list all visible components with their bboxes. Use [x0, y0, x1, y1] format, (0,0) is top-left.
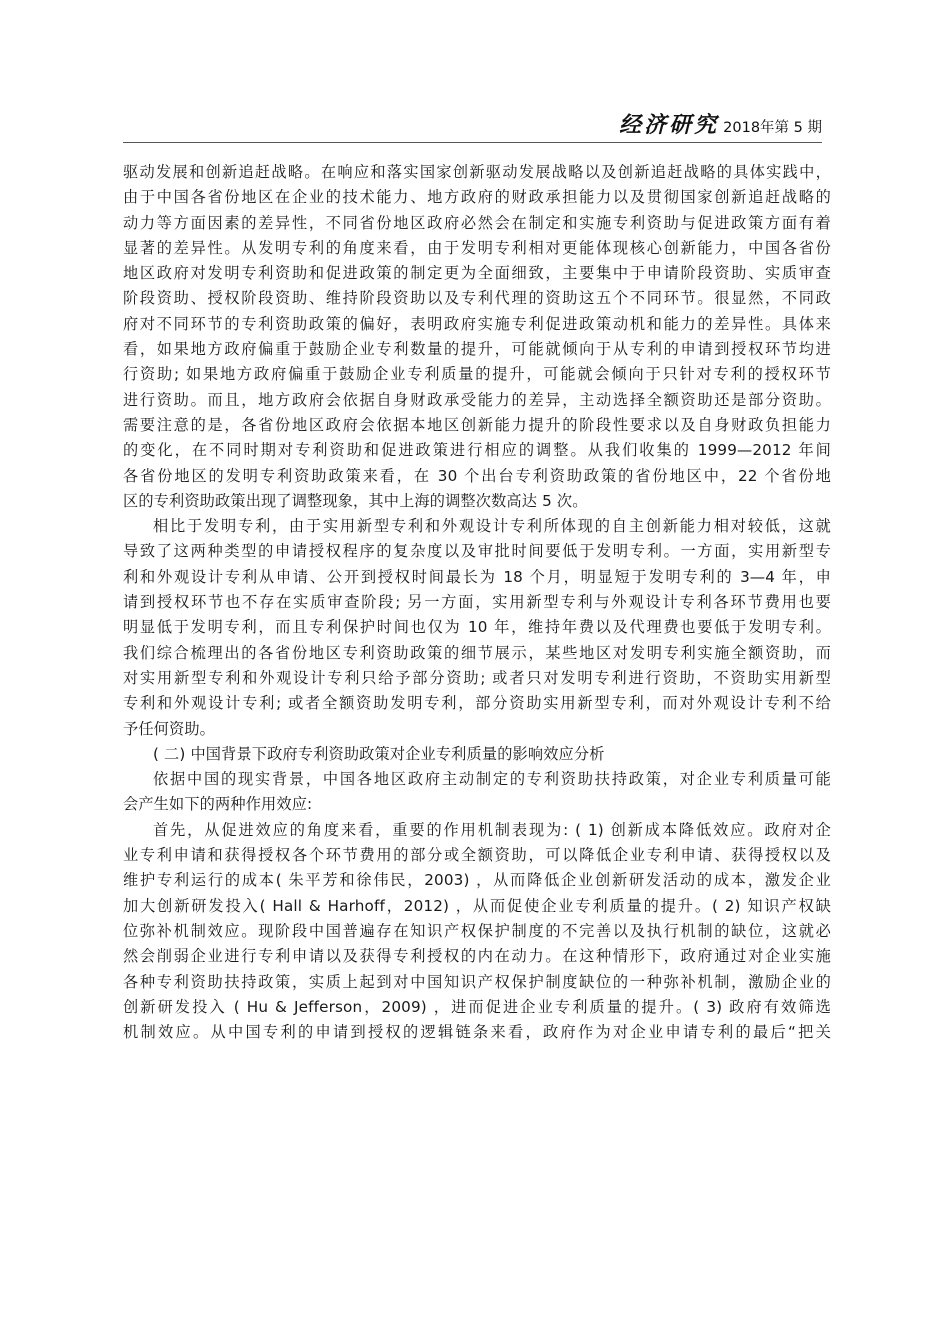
- text-line: 各省份地区的发明专利资助政策来看，在 30 个出台专利资助政策的省份地区中，22…: [123, 464, 831, 489]
- text-line: 会产生如下的两种作用效应:: [123, 792, 831, 817]
- article-body: 驱动发展和创新追赶战略。在响应和落实国家创新驱动发展战略以及创新追赶战略的具体实…: [123, 160, 831, 1045]
- text-line: 显著的差异性。从发明专利的角度来看，由于发明专利相对更能体现核心创新能力，中国各…: [123, 236, 831, 261]
- text-line: 各种专利资助扶持政策，实质上起到对中国知识产权保护制度缺位的一种弥补机制，激励企…: [123, 970, 831, 995]
- text-line: 阶段资助、授权阶段资助、维持阶段资助以及专利代理的资助这五个不同环节。很显然，不…: [123, 286, 831, 311]
- header-content: 经济研究2018年第 5 期: [619, 108, 822, 139]
- text-line: 业专利申请和获得授权各个环节费用的部分或全额资助，可以降低企业专利申请、获得授权…: [123, 843, 831, 868]
- text-line: 我们综合梳理出的各省份地区专利资助政策的细节展示，某些地区对发明专利实施全额资助…: [123, 641, 831, 666]
- text-line: 对实用新型专利和外观设计专利只给予部分资助; 或者只对发明专利进行资助，不资助实…: [123, 666, 831, 691]
- text-line: 予任何资助。: [123, 717, 831, 742]
- text-line: 进行资助。而且，地方政府会依据自身财政承受能力的差异，主动选择全额资助还是部分资…: [123, 388, 831, 413]
- text-line: 相比于发明专利，由于实用新型专利和外观设计专利所体现的自主创新能力相对较低，这就: [123, 514, 831, 539]
- text-line: 府对不同环节的专利资助政策的偏好，表明政府实施专利促进政策动机和能力的差异性。具…: [123, 312, 831, 337]
- text-line: 机制效应。从中国专利的申请到授权的逻辑链条来看，政府作为对企业申请专利的最后“把…: [123, 1020, 831, 1045]
- text-line: 明显低于发明专利，而且专利保护时间也仅为 10 年，维持年费以及代理费也要低于发…: [123, 615, 831, 640]
- text-line: 的变化，在不同时期对专利资助和促进政策进行相应的调整。从我们收集的 1999—2…: [123, 438, 831, 463]
- text-line: 首先，从促进效应的角度来看，重要的作用机制表现为: ( 1) 创新成本降低效应。…: [123, 818, 831, 843]
- text-line: 位弥补机制效应。现阶段中国普遍存在知识产权保护制度的不完善以及执行机制的缺位，这…: [123, 919, 831, 944]
- text-line: 依据中国的现实背景，中国各地区政府主动制定的专利资助扶持政策，对企业专利质量可能: [123, 767, 831, 792]
- text-line: 导致了这两种类型的申请授权程序的复杂度以及审批时间要低于发明专利。一方面，实用新…: [123, 539, 831, 564]
- text-line: 创新研发投入 ( Hu & Jefferson，2009) ，进而促进企业专利质…: [123, 995, 831, 1020]
- issue-number: 2018年第 5 期: [723, 120, 822, 136]
- running-header: 经济研究2018年第 5 期: [123, 110, 822, 143]
- text-line: 专利和外观设计专利; 或者全额资助发明专利，部分资助实用新型专利，而对外观设计专…: [123, 691, 831, 716]
- journal-logo: 经济研究: [619, 112, 719, 138]
- text-line: 驱动发展和创新追赶战略。在响应和落实国家创新驱动发展战略以及创新追赶战略的具体实…: [123, 160, 831, 185]
- text-line: 看，如果地方政府偏重于鼓励企业专利数量的提升，可能就倾向于从专利的申请到授权环节…: [123, 337, 831, 362]
- text-line: 利和外观设计专利从申请、公开到授权时间最长为 18 个月，明显短于发明专利的 3…: [123, 565, 831, 590]
- text-line: 然会削弱企业进行专利申请以及获得专利授权的内在动力。在这种情形下，政府通过对企业…: [123, 944, 831, 969]
- text-line: 行资助; 如果地方政府偏重于鼓励企业专利质量的提升，可能就会倾向于只针对专利的授…: [123, 362, 831, 387]
- text-line: 由于中国各省份地区在企业的技术能力、地方政府的财政承担能力以及贯彻国家创新追赶战…: [123, 185, 831, 210]
- text-line: 维护专利运行的成本( 朱平芳和徐伟民，2003) ，从而降低企业创新研发活动的成…: [123, 868, 831, 893]
- text-line: 动力等方面因素的差异性，不同省份地区政府必然会在制定和实施专利资助与促进政策方面…: [123, 211, 831, 236]
- text-line: 加大创新研发投入( Hall & Harhoff，2012) ，从而促使企业专利…: [123, 894, 831, 919]
- text-line: 区的专利资助政策出现了调整现象，其中上海的调整次数高达 5 次。: [123, 489, 831, 514]
- text-line: 需要注意的是，各省份地区政府会依据本地区创新能力提升的阶段性要求以及自身财政负担…: [123, 413, 831, 438]
- text-line: 请到授权环节也不存在实质审查阶段; 另一方面，实用新型专利与外观设计专利各环节费…: [123, 590, 831, 615]
- text-line: 地区政府对发明专利资助和促进政策的制定更为全面细致，主要集中于申请阶段资助、实质…: [123, 261, 831, 286]
- section-heading: ( 二) 中国背景下政府专利资助政策对企业专利质量的影响效应分析: [123, 742, 831, 767]
